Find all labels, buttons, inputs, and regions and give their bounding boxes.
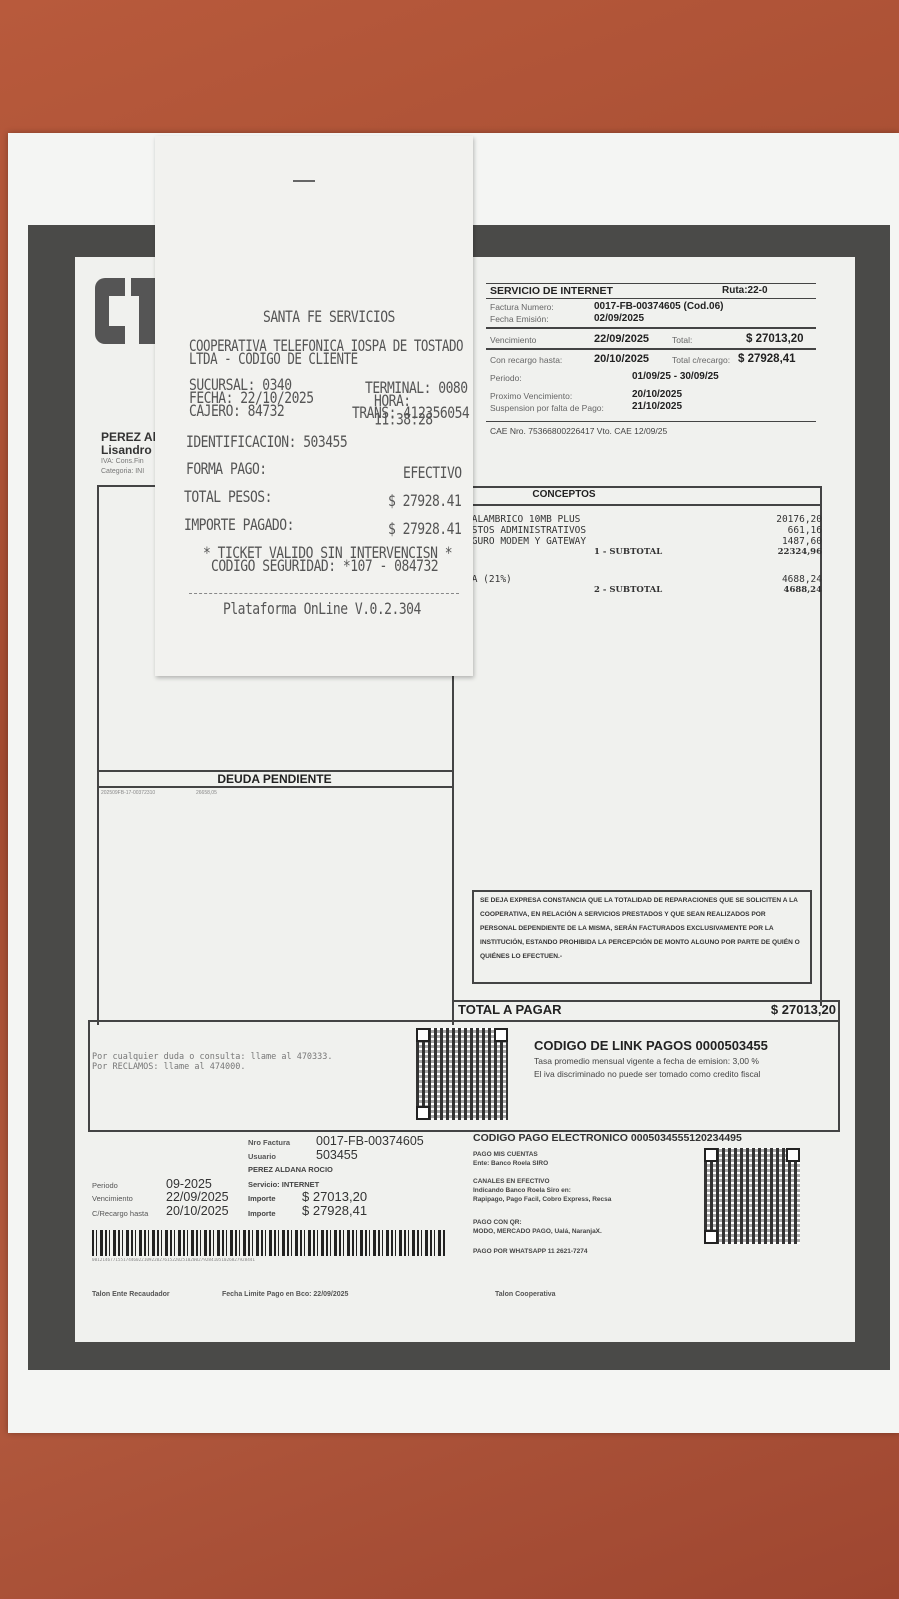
concept-row: ASTOS ADMINISTRATIVOS661,16	[466, 525, 822, 536]
lower-section-rule	[88, 1020, 840, 1022]
deuda-ref: 202509FB-17-00372310	[101, 790, 155, 796]
receipt-security-code: CODIGO SEGURIDAD: *107 - 084732	[211, 557, 438, 576]
receipt-identificacion: IDENTIFICACION: 503455	[186, 433, 347, 452]
stub-titular: PEREZ ALDANA ROCIO	[248, 1165, 333, 1174]
concept-row: EGURO MODEM Y GATEWAY1487,60	[466, 536, 822, 547]
stub-usuario-label: Usuario	[248, 1152, 276, 1161]
conceptos-header-rule	[454, 504, 822, 506]
receipt-platform: Plataforma OnLine V.0.2.304	[223, 600, 421, 619]
iva-row: VA (21%)4688,24	[466, 574, 822, 585]
stub-vencimiento-label: Vencimiento	[92, 1194, 133, 1203]
iva-note: El iva discriminado no puede ser tomado …	[534, 1069, 760, 1079]
receipt-tear-mark	[293, 180, 315, 182]
canales-efectivo: CANALES EN EFECTIVOIndicando Banco Roela…	[473, 1177, 611, 1204]
fecha-emision: 02/09/2025	[594, 313, 816, 324]
total-a-pagar: TOTAL A PAGAR $ 27013,20	[458, 1002, 840, 1017]
receipt-trans: TRANS: 412356054	[352, 404, 469, 423]
stub-importe-recargo-label: Importe	[248, 1209, 276, 1218]
codigo-pago-electronico: CODIGO PAGO ELECTRONICO 0005034555120234…	[473, 1132, 742, 1144]
ruta: Ruta:22-0	[722, 285, 816, 296]
deuda-bottom-rule	[97, 786, 454, 788]
stub-periodo-label: Periodo	[92, 1181, 118, 1190]
factura-numero: 0017-FB-00374605 (Cod.06)	[594, 301, 816, 312]
contact-reclamos: Por RECLAMOS: llame al 474000.	[92, 1062, 333, 1072]
client-iva: IVA: Cons.Fin	[101, 457, 156, 467]
receipt-title: SANTA FE SERVICIOS	[263, 308, 395, 327]
tasa-note: Tasa promedio mensual vigente a fecha de…	[534, 1056, 759, 1066]
periodo: 01/09/25 - 30/09/25	[632, 371, 816, 382]
stub-periodo: 09-2025	[166, 1177, 212, 1191]
client-name-2: Lisandro	[101, 444, 156, 457]
payment-receipt: SANTA FE SERVICIOS COOPERATIVA TELEFONIC…	[155, 136, 473, 676]
conceptos-table: NALAMBRICO 10MB PLUS20176,20 ASTOS ADMIN…	[466, 514, 822, 596]
receipt-importe: $ 27928.41	[388, 520, 461, 539]
receipt-total-label: TOTAL PESOS:	[184, 488, 272, 507]
left-border	[97, 485, 99, 1025]
receipt-total: $ 27928.41	[388, 492, 461, 511]
concept-row: NALAMBRICO 10MB PLUS20176,20	[466, 514, 822, 525]
stub-recargo-label: C/Recargo hasta	[92, 1209, 148, 1218]
lower-left-border	[88, 1020, 90, 1132]
barcode-digits: 0012146771551744602210922027615220251020…	[92, 1258, 447, 1263]
receipt-forma-pago: EFECTIVO	[403, 464, 462, 483]
proximo-venc: 20/10/2025	[632, 389, 816, 400]
talon-ente: Talon Ente Recaudador	[92, 1291, 170, 1298]
deuda-amount: 26658,05	[196, 790, 217, 796]
receipt-cajero: CAJERO: 84732	[189, 402, 284, 421]
stub-recargo: 20/10/2025	[166, 1204, 229, 1218]
deuda-header: DEUDA PENDIENTE	[97, 772, 452, 786]
stub-vencimiento: 22/09/2025	[166, 1190, 229, 1204]
stub-importe: $ 27013,20	[302, 1189, 367, 1204]
client-info: PEREZ Al Lisandro IVA: Cons.Fin Categori…	[101, 431, 156, 477]
suspension: 21/10/2025	[632, 401, 816, 412]
link-pagos-code: CODIGO DE LINK PAGOS 0000503455	[534, 1038, 768, 1053]
receipt-coop-line2: LTDA - CODIGO DE CLIENTE	[189, 349, 358, 368]
subtotal-1-row: 1 - SUBTOTAL22324,96	[466, 547, 822, 558]
fecha-limite: Fecha Limite Pago en Bco: 22/09/2025	[222, 1291, 348, 1298]
payment-qr-code	[704, 1148, 800, 1244]
receipt-forma-pago-label: FORMA PAGO:	[186, 460, 267, 479]
link-pagos-qr-code	[416, 1028, 508, 1120]
contact-consulta: Por cualquier duda o consulta: llame al …	[92, 1052, 333, 1062]
payment-barcode	[92, 1230, 447, 1256]
talon-cooperativa: Talon Cooperativa	[495, 1291, 556, 1298]
repairs-notice: SE DEJA EXPRESA CONSTANCIA QUE LA TOTALI…	[472, 890, 812, 984]
lower-right-border	[838, 1000, 840, 1132]
conceptos-header: CONCEPTOS	[454, 489, 674, 500]
stub-nro-factura: 0017-FB-00374605	[316, 1134, 424, 1148]
contact-info: Por cualquier duda o consulta: llame al …	[92, 1052, 333, 1072]
stub-usuario: 503455	[316, 1148, 358, 1162]
client-categoria: Categoria: INI	[101, 467, 156, 477]
stub-nro-factura-label: Nro Factura	[248, 1138, 290, 1147]
total-a-pagar-value: $ 27013,20	[771, 1002, 836, 1017]
total-recargo: $ 27928,41	[738, 353, 816, 365]
receipt-importe-label: IMPORTE PAGADO:	[184, 516, 294, 535]
invoice-header: SERVICIO DE INTERNET Ruta:22-0 Factura N…	[486, 283, 816, 428]
pago-whatsapp: PAGO POR WHATSAPP 11 2621-7274	[473, 1248, 588, 1255]
subtotal-2-row: 2 - SUBTOTAL4688,24	[466, 585, 822, 596]
stub-importe-label: Importe	[248, 1194, 276, 1203]
conceptos-top-rule	[454, 486, 822, 488]
receipt-divider	[189, 593, 459, 594]
total: $ 27013,20	[746, 333, 816, 345]
stub-servicio: Servicio: INTERNET	[248, 1180, 319, 1189]
pago-con-qr: PAGO CON QR:MODO, MERCADO PAGO, Ualá, Na…	[473, 1218, 602, 1236]
pago-mis-cuentas: PAGO MIS CUENTASEnte: Banco Roela SIRO	[473, 1150, 548, 1168]
cae: CAE Nro. 75366800226417 Vto. CAE 12/09/2…	[490, 426, 816, 436]
total-a-pagar-label: TOTAL A PAGAR	[458, 1002, 562, 1017]
stub-importe-recargo: $ 27928,41	[302, 1203, 367, 1218]
